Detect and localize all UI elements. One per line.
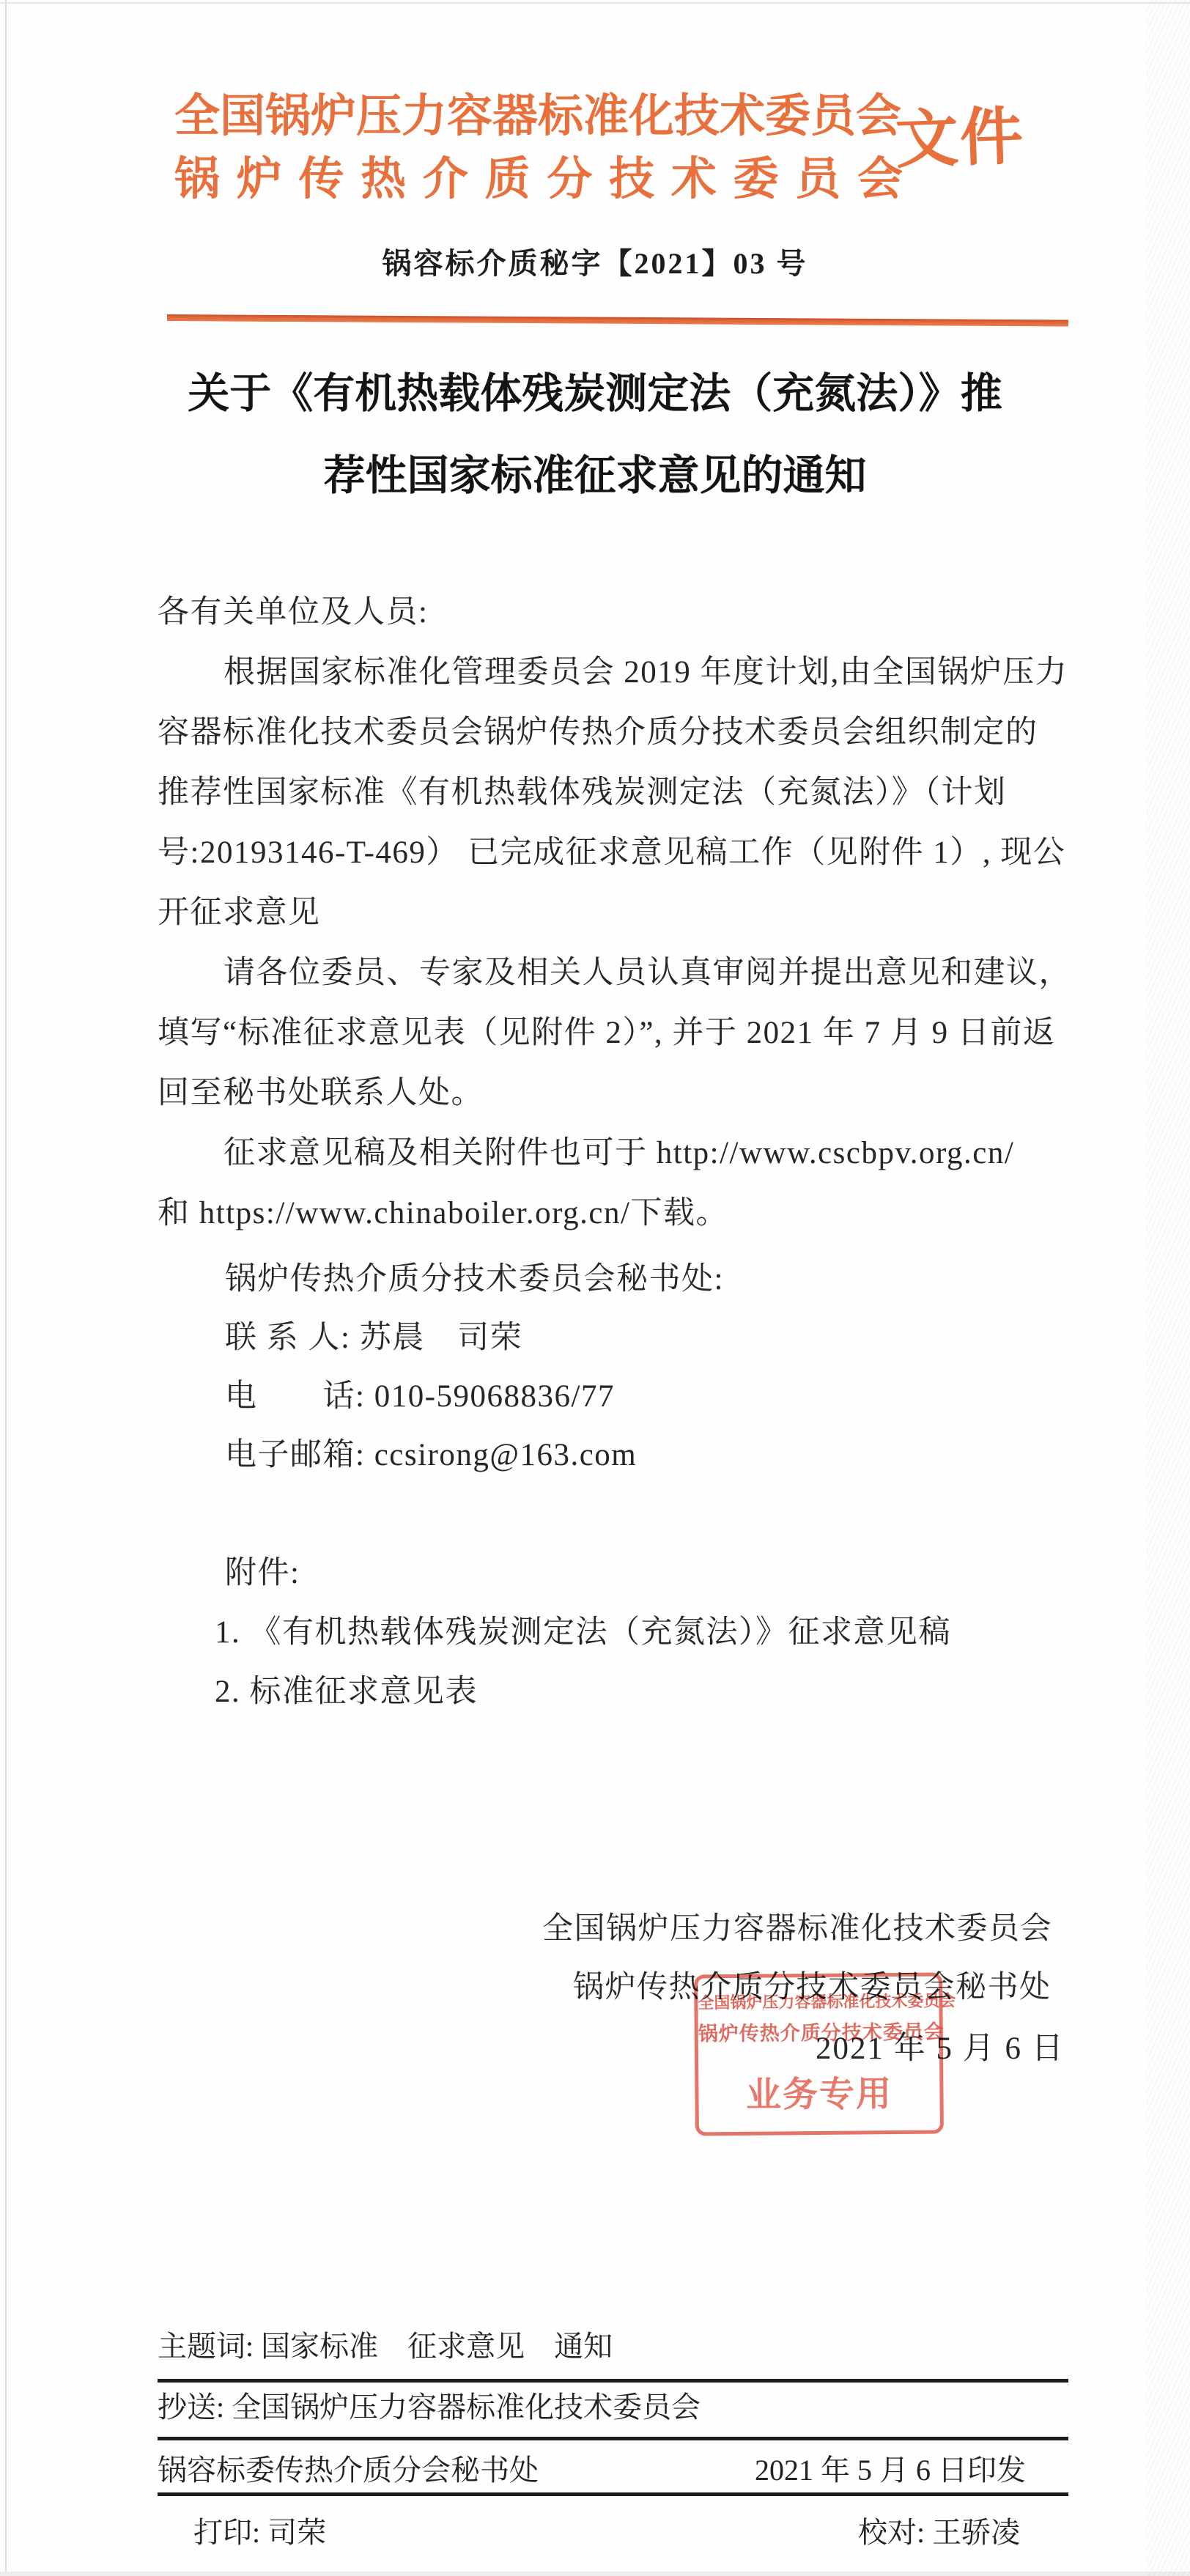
footer-subject-keywords: 主题词: 国家标准 征求意见 通知 [158,2328,613,2366]
footer-rule [158,2379,1068,2383]
attachments-label: 附件: [215,1543,951,1603]
signature-org-line1: 全国锅炉压力容器标准化技术委员会 [542,1904,1052,1954]
body-line: 请各位委员、专家及相关人员认真审阅并提出意见和建议， [158,943,1073,1003]
body-line: 各有关单位及人员: [158,583,1073,643]
footer-cc: 抄送: 全国锅炉压力容器标准化技术委员会 [158,2388,701,2426]
contact-block: 锅炉传热介质分技术委员会秘书处: 联 系 人: 苏晨 司荣 电 话: 010-5… [225,1250,724,1485]
body-line: 回至秘书处联系人处。 [158,1063,1073,1123]
stamp-line3: 业务专用 [698,2076,939,2115]
letterhead: 全国锅炉压力容器标准化技术委员会 锅炉传热介质分技术委员会 [174,85,903,211]
footer-issuer: 锅容标委传热介质分会秘书处 [158,2451,539,2490]
contact-person: 联 系 人: 苏晨 司荣 [225,1309,724,1368]
document-title-line2: 荐性国家标准征求意见的通知 [0,451,1190,502]
body-line: 征求意见稿及相关附件也可于 http://www.cscbpv.org.cn/ [158,1123,1073,1184]
body-line: 推荐性国家标准《有机热载体残炭测定法（充氮法）》（计划 [158,763,1073,823]
body-text: 各有关单位及人员: 根据国家标准化管理委员会 2019 年度计划,由全国锅炉压力… [158,583,1073,1244]
contact-email: 电子邮箱: ccsirong@163.com [225,1426,724,1485]
body-line: 容器标准化技术委员会锅炉传热介质分技术委员会组织制定的 [158,703,1073,763]
footer-proofread-by: 校对: 王骄凌 [858,2514,1020,2552]
attachment-item: 1. 《有机热载体残炭测定法（充氮法）》征求意见稿 [215,1603,951,1662]
body-line: 开征求意见 [158,883,1073,943]
attachments-block: 附件: 1. 《有机热载体残炭测定法（充氮法）》征求意见稿 2. 标准征求意见表 [215,1543,951,1721]
letterhead-org-line2: 锅炉传热介质分技术委员会 [174,148,903,211]
body-line: 和 https://www.chinaboiler.org.cn/下载。 [158,1184,1073,1244]
footer-rule [158,2492,1068,2496]
document-title-line1: 关于《有机热载体残炭测定法（充氮法）》推 [0,369,1190,420]
official-red-stamp: 全国锅炉压力容器标准化技术委员会 锅炉传热介质分技术委员会 业务专用 [694,1973,944,2136]
contact-phone: 电 话: 010-59068836/77 [225,1368,724,1426]
scan-edge-bottom [0,2572,1190,2576]
body-line: 根据国家标准化管理委员会 2019 年度计划,由全国锅炉压力 [158,643,1073,703]
contact-secretariat: 锅炉传热介质分技术委员会秘书处: [225,1250,724,1309]
footer-rule [158,2437,1068,2440]
footer-issue-date: 2021 年 5 月 6 日印发 [733,2451,1026,2490]
scan-edge-top [0,2,1190,4]
letterhead-document-word: 文件 [894,100,1025,177]
stamp-line2: 锅炉传热介质分技术委员会 [698,2022,939,2045]
stamp-line1: 全国锅炉压力容器标准化技术委员会 [698,1993,939,2012]
attachment-item: 2. 标准征求意见表 [215,1662,951,1721]
footer-printed-by: 打印: 司荣 [193,2514,326,2552]
document-number: 锅容标介质秘字【2021】03 号 [0,245,1190,283]
document-title: 关于《有机热载体残炭测定法（充氮法）》推 荐性国家标准征求意见的通知 [0,369,1190,502]
body-line: 号:20193146-T-469） 已完成征求意见稿工作（见附件 1）, 现公 [158,823,1073,883]
red-separator-line [167,314,1068,327]
letterhead-org-line1: 全国锅炉压力容器标准化技术委员会 [174,85,903,148]
document-page: 全国锅炉压力容器标准化技术委员会 锅炉传热介质分技术委员会 文件 锅容标介质秘字… [0,0,1190,2576]
body-line: 填写“标准征求意见表（见附件 2）”, 并于 2021 年 7 月 9 日前返 [158,1003,1073,1063]
